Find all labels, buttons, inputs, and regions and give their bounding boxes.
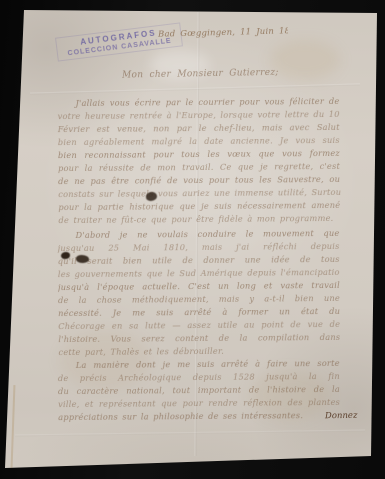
letter-paper: AUTOGRAFOS COLECCION CASAVALLE Bad Gœggi…: [0, 0, 385, 479]
letter-line: bien agréablement malgré la date ancienn…: [58, 134, 340, 149]
letter-line: appréciations sur la philosophie de ses …: [58, 409, 340, 424]
fold-crease-upper: [30, 83, 360, 94]
ink-blot: [76, 255, 89, 263]
letter-line: de traiter ne fût-ce que pour être fidèl…: [58, 212, 340, 227]
fold-crease-corner: [0, 8, 15, 101]
paper-edge-crease: [11, 385, 15, 468]
letter-paragraph-1: J'allais vous écrire par le courrier pou…: [57, 95, 340, 227]
letter-line: ville, et représentant que pour rendre r…: [58, 396, 340, 411]
fold-crease-lower: [15, 430, 365, 437]
letter-line: de la chose méthodiquement, mais y a-t-i…: [58, 292, 340, 307]
letter-line: pour la réussite de mon travail. Ce que …: [58, 160, 340, 175]
salutation: Mon cher Monsieur Gutierrez;: [122, 67, 302, 80]
dateline: Bad Gœggingen, 11 Juin 1858.: [158, 26, 288, 39]
letter-photograph: AUTOGRAFOS COLECCION CASAVALLE Bad Gœggi…: [0, 0, 385, 479]
ink-blot: [61, 252, 70, 259]
catchword: Donnez: [325, 411, 358, 422]
letter-paragraph-2: D'abord je ne voulais conduire le mouvem…: [57, 227, 340, 359]
letter-line: les gouvernements que le Sud Amérique de…: [58, 266, 340, 281]
letter-paragraph-3: La manière dont je me suis arrêté à fair…: [58, 357, 341, 424]
